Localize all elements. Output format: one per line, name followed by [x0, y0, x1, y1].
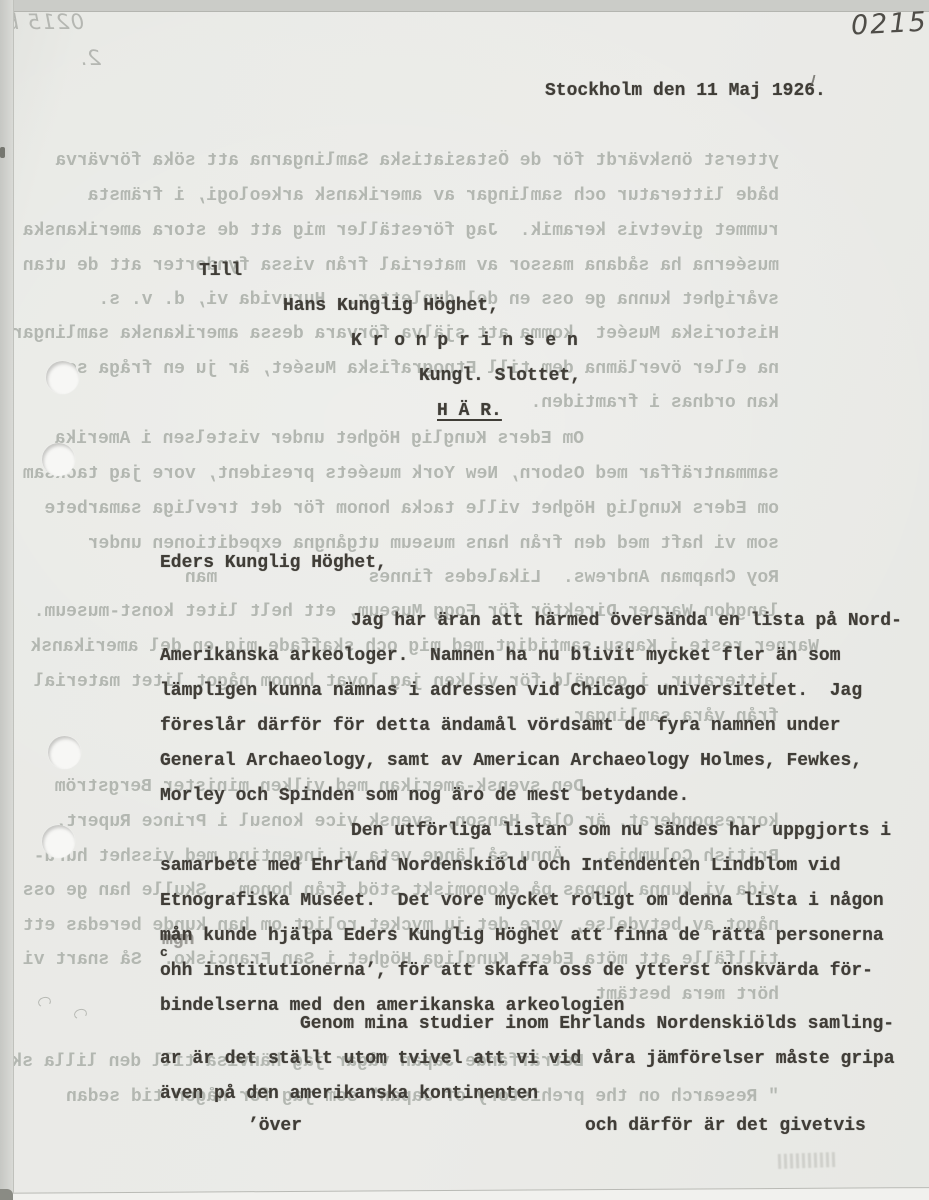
typewritten-line: ohh institutionerna’, för att skaffa oss… — [160, 962, 873, 980]
punch-hole — [42, 443, 75, 476]
paper-left-edge — [0, 0, 14, 1200]
typewritten-line: H Ä R. — [437, 402, 502, 420]
paper-top-edge — [0, 0, 929, 12]
typewritten-line: ar är det ställt utom tvivel att vi vid … — [160, 1050, 895, 1068]
typewritten-line: mån kunde hjälpa Eders Kunglig Höghet at… — [160, 927, 884, 945]
smudge-mark — [778, 1152, 836, 1169]
scanned-letter-page: ytterst önskvärdt för de Östasiatiska Sa… — [0, 0, 929, 1200]
archive-code-annotation: 0215a — [850, 6, 929, 42]
typewritten-line: lämpligen kunna nämnas i adressen vid Ch… — [160, 682, 862, 700]
typewritten-line: Hans Kunglig Höghet, — [283, 297, 499, 315]
punch-hole — [48, 736, 81, 769]
punch-hole — [46, 361, 79, 394]
punch-hole — [42, 825, 75, 858]
typewritten-line: bindelserna med den amerikanska arkeolog… — [160, 997, 624, 1015]
typewritten-line: ’över — [248, 1117, 302, 1135]
typewritten-line: föreslår därför för detta ändamål vördsa… — [160, 717, 841, 735]
typewritten-line: och därför är det givetvis — [585, 1117, 866, 1135]
typewritten-line: Eders Kunglig Höghet, — [160, 554, 387, 572]
typewritten-line: Morley och Spinden som nog äro de mest b… — [160, 787, 689, 805]
left-edge-mark — [0, 147, 5, 158]
typewritten-line: samarbete med Ehrland Nordenskiöld och I… — [160, 857, 841, 875]
typewritten-line: Genom mina studier inom Ehrlands Nordens… — [300, 1015, 894, 1033]
typewritten-line: Stockholm den 11 Maj 1926. — [545, 82, 826, 100]
typewritten-line: även på den amerikanska kontinenten — [160, 1085, 538, 1103]
typewritten-line: Den utförliga listan som nu sändes har u… — [351, 822, 891, 840]
typewritten-line: c — [160, 946, 168, 959]
typewritten-line: K r o n p r i n s e n — [351, 332, 578, 350]
typewritten-line: Amerikanska arkeologer. Namnen ha nu bli… — [160, 647, 841, 665]
typewritten-text-layer: Stockholm den 11 Maj 1926.TillHans Kungl… — [0, 0, 929, 1200]
typewritten-line: Jag har äran att härmed översända en lis… — [351, 612, 902, 630]
typewritten-line: General Archaeology, samt av American Ar… — [160, 752, 862, 770]
typewritten-line: Till — [199, 262, 242, 280]
typewritten-line: Etnografiska Muséet. Det vore mycket rol… — [160, 892, 884, 910]
typewritten-line: Kungl. Slottet, — [419, 367, 581, 385]
bottom-left-corner-mark — [0, 1189, 13, 1200]
